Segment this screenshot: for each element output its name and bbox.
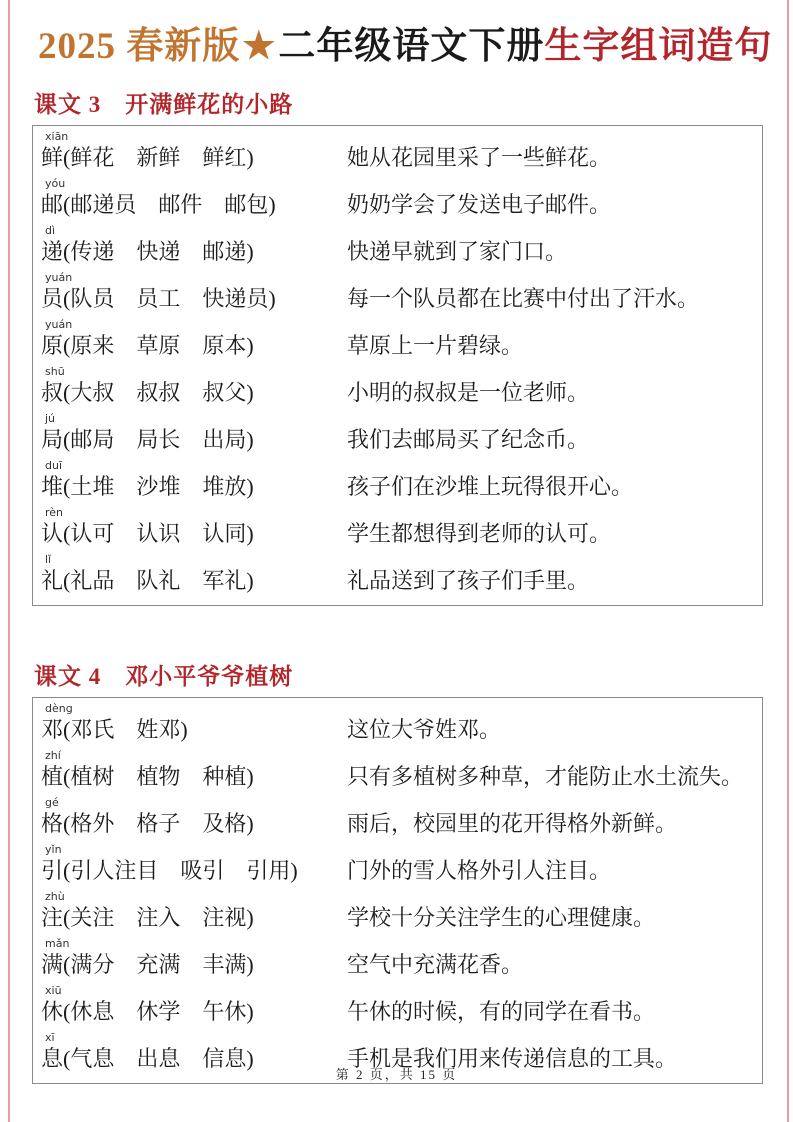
- character-entry: 局(邮局 局长 出局): [41, 425, 347, 455]
- example-sentence: 学生都想得到老师的认可。: [347, 519, 611, 549]
- vocab-row: yuán员(队员 员工 快递员)每一个队员都在比赛中付出了汗水。: [41, 270, 754, 317]
- vocab-row: dèng邓(邓氏 姓邓)这位大爷姓邓。: [41, 701, 754, 748]
- pinyin-label: yóu: [45, 177, 754, 190]
- example-sentence: 快递早就到了家门口。: [347, 237, 567, 267]
- vocab-row-main: 邓(邓氏 姓邓)这位大爷姓邓。: [41, 715, 754, 745]
- right-margin-line: [787, 0, 789, 1122]
- vocab-row-main: 原(原来 草原 原本)草原上一片碧绿。: [41, 331, 754, 361]
- vocab-row: mǎn满(满分 充满 丰满)空气中充满花香。: [41, 936, 754, 983]
- vocab-row-main: 植(植树 植物 种植)只有多植树多种草，才能防止水土流失。: [41, 762, 754, 792]
- vocab-table-lesson-3: xiān鲜(鲜花 新鲜 鲜红)她从花园里采了一些鲜花。yóu邮(邮递员 邮件 邮…: [32, 125, 763, 606]
- pinyin-label: rèn: [45, 506, 754, 519]
- star-icon: ★: [240, 26, 278, 67]
- page-title: 2025 春新版★二年级语文下册生字组词造句: [38, 24, 763, 70]
- vocab-row-main: 递(传递 快递 邮递)快递早就到了家门口。: [41, 237, 754, 267]
- example-sentence: 孩子们在沙堆上玩得很开心。: [347, 472, 633, 502]
- lesson-section-4: 课文 4 邓小平爷爷植树 dèng邓(邓氏 姓邓)这位大爷姓邓。zhí植(植树 …: [32, 658, 763, 1084]
- character-entry: 递(传递 快递 邮递): [41, 237, 347, 267]
- character-entry: 休(休息 休学 午休): [41, 997, 347, 1027]
- character-entry: 邓(邓氏 姓邓): [41, 715, 347, 745]
- vocab-row-main: 叔(大叔 叔叔 叔父)小明的叔叔是一位老师。: [41, 378, 754, 408]
- pinyin-label: yǐn: [45, 843, 754, 856]
- example-sentence: 她从花园里采了一些鲜花。: [347, 143, 611, 173]
- example-sentence: 这位大爷姓邓。: [347, 715, 501, 745]
- character-entry: 邮(邮递员 邮件 邮包): [41, 190, 347, 220]
- vocab-row-main: 满(满分 充满 丰满)空气中充满花香。: [41, 950, 754, 980]
- character-entry: 认(认可 认识 认同): [41, 519, 347, 549]
- character-entry: 引(引人注目 吸引 引用): [41, 856, 347, 886]
- vocab-row-main: 认(认可 认识 认同)学生都想得到老师的认可。: [41, 519, 754, 549]
- pinyin-label: lǐ: [45, 553, 754, 566]
- page-content: 2025 春新版★二年级语文下册生字组词造句 课文 3 开满鲜花的小路 xiān…: [0, 0, 793, 1084]
- vocab-table-lesson-4: dèng邓(邓氏 姓邓)这位大爷姓邓。zhí植(植树 植物 种植)只有多植树多种…: [32, 697, 763, 1084]
- pinyin-label: xiū: [45, 984, 754, 997]
- vocab-row: dì递(传递 快递 邮递)快递早就到了家门口。: [41, 223, 754, 270]
- example-sentence: 我们去邮局买了纪念币。: [347, 425, 589, 455]
- page-number: 第 2 页，共 15 页: [0, 1064, 793, 1083]
- vocab-row-main: 休(休息 休学 午休)午休的时候，有的同学在看书。: [41, 997, 754, 1027]
- vocab-row: shū叔(大叔 叔叔 叔父)小明的叔叔是一位老师。: [41, 364, 754, 411]
- pinyin-label: zhù: [45, 890, 754, 903]
- character-entry: 植(植树 植物 种植): [41, 762, 347, 792]
- vocab-row: lǐ礼(礼品 队礼 军礼)礼品送到了孩子们手里。: [41, 552, 754, 599]
- title-topic: 生字组词造句: [544, 26, 772, 67]
- pinyin-label: xiān: [45, 130, 754, 143]
- vocab-row-main: 引(引人注目 吸引 引用)门外的雪人格外引人注目。: [41, 856, 754, 886]
- pinyin-label: shū: [45, 365, 754, 378]
- vocab-row-main: 礼(礼品 队礼 军礼)礼品送到了孩子们手里。: [41, 566, 754, 596]
- example-sentence: 每一个队员都在比赛中付出了汗水。: [347, 284, 699, 314]
- character-entry: 满(满分 充满 丰满): [41, 950, 347, 980]
- vocab-row: rèn认(认可 认识 认同)学生都想得到老师的认可。: [41, 505, 754, 552]
- character-entry: 鲜(鲜花 新鲜 鲜红): [41, 143, 347, 173]
- title-grade: 二年级语文下册: [278, 26, 544, 67]
- worksheet-page: 2025 春新版★二年级语文下册生字组词造句 课文 3 开满鲜花的小路 xiān…: [0, 0, 793, 1122]
- pinyin-label: zhí: [45, 749, 754, 762]
- pinyin-label: dì: [45, 224, 754, 237]
- example-sentence: 只有多植树多种草，才能防止水土流失。: [347, 762, 743, 792]
- section-heading-lesson-3: 课文 3 开满鲜花的小路: [34, 86, 763, 119]
- vocab-row: zhù注(关注 注入 注视)学校十分关注学生的心理健康。: [41, 889, 754, 936]
- example-sentence: 草原上一片碧绿。: [347, 331, 523, 361]
- vocab-row: xiū休(休息 休学 午休)午休的时候，有的同学在看书。: [41, 983, 754, 1030]
- vocab-row: zhí植(植树 植物 种植)只有多植树多种草，才能防止水土流失。: [41, 748, 754, 795]
- lesson-section-3: 课文 3 开满鲜花的小路 xiān鲜(鲜花 新鲜 鲜红)她从花园里采了一些鲜花。…: [32, 86, 763, 606]
- vocab-row: yǐn引(引人注目 吸引 引用)门外的雪人格外引人注目。: [41, 842, 754, 889]
- vocab-row-main: 格(格外 格子 及格)雨后，校园里的花开得格外新鲜。: [41, 809, 754, 839]
- pinyin-label: yuán: [45, 318, 754, 331]
- example-sentence: 奶奶学会了发送电子邮件。: [347, 190, 611, 220]
- vocab-row: xiān鲜(鲜花 新鲜 鲜红)她从花园里采了一些鲜花。: [41, 129, 754, 176]
- character-entry: 员(队员 员工 快递员): [41, 284, 347, 314]
- example-sentence: 小明的叔叔是一位老师。: [347, 378, 589, 408]
- vocab-row-main: 局(邮局 局长 出局)我们去邮局买了纪念币。: [41, 425, 754, 455]
- example-sentence: 学校十分关注学生的心理健康。: [347, 903, 655, 933]
- pinyin-label: dèng: [45, 702, 754, 715]
- character-entry: 叔(大叔 叔叔 叔父): [41, 378, 347, 408]
- example-sentence: 礼品送到了孩子们手里。: [347, 566, 589, 596]
- vocab-row-main: 鲜(鲜花 新鲜 鲜红)她从花园里采了一些鲜花。: [41, 143, 754, 173]
- character-entry: 注(关注 注入 注视): [41, 903, 347, 933]
- vocab-row-main: 员(队员 员工 快递员)每一个队员都在比赛中付出了汗水。: [41, 284, 754, 314]
- vocab-row-main: 堆(土堆 沙堆 堆放)孩子们在沙堆上玩得很开心。: [41, 472, 754, 502]
- pinyin-label: yuán: [45, 271, 754, 284]
- character-entry: 格(格外 格子 及格): [41, 809, 347, 839]
- left-margin-line: [8, 0, 10, 1122]
- pinyin-label: duī: [45, 459, 754, 472]
- example-sentence: 午休的时候，有的同学在看书。: [347, 997, 655, 1027]
- title-edition: 2025 春新版: [38, 26, 240, 67]
- example-sentence: 门外的雪人格外引人注目。: [347, 856, 611, 886]
- example-sentence: 空气中充满花香。: [347, 950, 523, 980]
- character-entry: 堆(土堆 沙堆 堆放): [41, 472, 347, 502]
- vocab-row: gé格(格外 格子 及格)雨后，校园里的花开得格外新鲜。: [41, 795, 754, 842]
- pinyin-label: mǎn: [45, 937, 754, 950]
- vocab-row: duī堆(土堆 沙堆 堆放)孩子们在沙堆上玩得很开心。: [41, 458, 754, 505]
- character-entry: 原(原来 草原 原本): [41, 331, 347, 361]
- pinyin-label: jú: [45, 412, 754, 425]
- example-sentence: 雨后，校园里的花开得格外新鲜。: [347, 809, 677, 839]
- vocab-row-main: 邮(邮递员 邮件 邮包)奶奶学会了发送电子邮件。: [41, 190, 754, 220]
- pinyin-label: xī: [45, 1031, 754, 1044]
- character-entry: 礼(礼品 队礼 军礼): [41, 566, 347, 596]
- pinyin-label: gé: [45, 796, 754, 809]
- vocab-row: yóu邮(邮递员 邮件 邮包)奶奶学会了发送电子邮件。: [41, 176, 754, 223]
- section-heading-lesson-4: 课文 4 邓小平爷爷植树: [34, 658, 763, 691]
- vocab-row: jú局(邮局 局长 出局)我们去邮局买了纪念币。: [41, 411, 754, 458]
- vocab-row-main: 注(关注 注入 注视)学校十分关注学生的心理健康。: [41, 903, 754, 933]
- vocab-row: yuán原(原来 草原 原本)草原上一片碧绿。: [41, 317, 754, 364]
